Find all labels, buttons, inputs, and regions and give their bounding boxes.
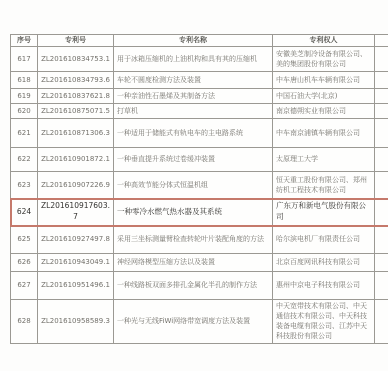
patent-number-cell: ZL201610951496.1 xyxy=(38,272,114,300)
serial-cell: 624 xyxy=(11,199,38,226)
patent-number-cell: ZL201610917603.7 xyxy=(38,199,114,226)
patent-title-cell: 打草机 xyxy=(114,104,273,119)
serial-cell: 623 xyxy=(11,172,38,199)
patent-number-cell: ZL201610834793.6 xyxy=(38,72,114,89)
cutoff-cell xyxy=(375,272,388,300)
table-row: 628ZL201610958589.3一种光与无线FiWi网络带宽调度方法及装置… xyxy=(11,300,388,344)
patent-holder-cell: 安徽美芝制冷设备有限公司、美的集团股份有限公司 xyxy=(273,47,375,72)
patent-holder-cell: 广东万和新电气股份有限公司 xyxy=(273,199,375,226)
cutoff-cell xyxy=(375,300,388,344)
patent-holder-cell: 中国石油大学(北京) xyxy=(273,89,375,104)
table-row: 626ZL201610943049.1神经网络模型压缩方法以及装置北京百度网讯科… xyxy=(11,254,388,272)
cutoff-cell xyxy=(375,172,388,199)
patent-number-cell: ZL201610943049.1 xyxy=(38,254,114,272)
table-row: 625ZL201610927497.8采用三坐标测量臂检查转轮叶片装配角度的方法… xyxy=(11,226,388,254)
patent-table: 序号 专利号 专利名称 专利权人 617ZL201610834753.1用于冰箱… xyxy=(10,34,388,344)
table-body: 617ZL201610834753.1用于冰箱压缩机的上油机构和具有其的压缩机安… xyxy=(11,47,388,344)
table-row: 627ZL201610951496.1一种线路板双面多排孔金属化半孔的制作方法惠… xyxy=(11,272,388,300)
patent-holder-cell: 中车南京浦镇车辆有限公司 xyxy=(273,119,375,148)
cutoff-cell xyxy=(375,254,388,272)
table-row: 620ZL201610875071.5打草机南京德朔实业有限公司 xyxy=(11,104,388,119)
patent-title-cell: 用于冰箱压缩机的上油机构和具有其的压缩机 xyxy=(114,47,273,72)
patent-title-cell: 神经网络模型压缩方法以及装置 xyxy=(114,254,273,272)
serial-cell: 627 xyxy=(11,272,38,300)
patent-number-cell: ZL201610958589.3 xyxy=(38,300,114,344)
cutoff-cell xyxy=(375,104,388,119)
serial-cell: 626 xyxy=(11,254,38,272)
highlighted-table-row: 624ZL201610917603.7一种零冷水燃气热水器及其系统广东万和新电气… xyxy=(11,199,388,226)
patent-holder-cell: 恒天重工股份有限公司、郑州纺机工程技术有限公司 xyxy=(273,172,375,199)
table-row: 618ZL201610834793.6车轮不圆度检测方法及装置中车唐山机车车辆有… xyxy=(11,72,388,89)
patent-holder-cell: 惠州中京电子科技有限公司 xyxy=(273,272,375,300)
patent-title-cell: 一种零冷水燃气热水器及其系统 xyxy=(114,199,273,226)
patent-number-cell: ZL201610907226.9 xyxy=(38,172,114,199)
scanned-patent-list-page: 序号 专利号 专利名称 专利权人 617ZL201610834753.1用于冰箱… xyxy=(0,0,388,371)
serial-cell: 622 xyxy=(11,148,38,172)
serial-cell: 619 xyxy=(11,89,38,104)
patent-holder-cell: 太原理工大学 xyxy=(273,148,375,172)
table-row: 623ZL201610907226.9一种高效节能分体式恒温机组恒天重工股份有限… xyxy=(11,172,388,199)
patent-title-cell: 一种高效节能分体式恒温机组 xyxy=(114,172,273,199)
patent-holder-cell: 中天宽带技术有限公司、中天通信技术有限公司、中天科技装备电缆有限公司、江苏中天科… xyxy=(273,300,375,344)
table-row: 619ZL201610837621.8一种亲油性石墨烯及其制备方法中国石油大学(… xyxy=(11,89,388,104)
header-patent-title: 专利名称 xyxy=(114,35,273,47)
serial-cell: 618 xyxy=(11,72,38,89)
patent-title-cell: 一种亲油性石墨烯及其制备方法 xyxy=(114,89,273,104)
patent-holder-cell: 南京德朔实业有限公司 xyxy=(273,104,375,119)
patent-title-cell: 采用三坐标测量臂检查转轮叶片装配角度的方法 xyxy=(114,226,273,254)
patent-title-cell: 一种光与无线FiWi网络带宽调度方法及装置 xyxy=(114,300,273,344)
patent-number-cell: ZL201610837621.8 xyxy=(38,89,114,104)
serial-cell: 621 xyxy=(11,119,38,148)
table-row: 621ZL201610871306.3一种适用于储能式有轨电车的主电路系统中车南… xyxy=(11,119,388,148)
serial-cell: 617 xyxy=(11,47,38,72)
patent-title-cell: 一种适用于储能式有轨电车的主电路系统 xyxy=(114,119,273,148)
patent-title-cell: 一种线路板双面多排孔金属化半孔的制作方法 xyxy=(114,272,273,300)
table-row: 617ZL201610834753.1用于冰箱压缩机的上油机构和具有其的压缩机安… xyxy=(11,47,388,72)
patent-holder-cell: 北京百度网讯科技有限公司 xyxy=(273,254,375,272)
header-serial: 序号 xyxy=(11,35,38,47)
patent-holder-cell: 哈尔滨电机厂有限责任公司 xyxy=(273,226,375,254)
patent-number-cell: ZL201610875071.5 xyxy=(38,104,114,119)
patent-number-cell: ZL201610901872.1 xyxy=(38,148,114,172)
patent-holder-cell: 中车唐山机车车辆有限公司 xyxy=(273,72,375,89)
patent-number-cell: ZL201610834753.1 xyxy=(38,47,114,72)
header-patent-number: 专利号 xyxy=(38,35,114,47)
serial-cell: 625 xyxy=(11,226,38,254)
patent-number-cell: ZL201610871306.3 xyxy=(38,119,114,148)
cutoff-cell xyxy=(375,72,388,89)
cutoff-cell xyxy=(375,47,388,72)
cutoff-cell xyxy=(375,148,388,172)
header-patent-holder: 专利权人 xyxy=(273,35,375,47)
cutoff-cell xyxy=(375,226,388,254)
table-row: 622ZL201610901872.1一种垂直提升系统过卷缓冲装置太原理工大学 xyxy=(11,148,388,172)
cutoff-cell xyxy=(375,89,388,104)
cutoff-cell xyxy=(375,199,388,226)
patent-number-cell: ZL201610927497.8 xyxy=(38,226,114,254)
patent-title-cell: 车轮不圆度检测方法及装置 xyxy=(114,72,273,89)
serial-cell: 620 xyxy=(11,104,38,119)
patent-title-cell: 一种垂直提升系统过卷缓冲装置 xyxy=(114,148,273,172)
serial-cell: 628 xyxy=(11,300,38,344)
table-header-row: 序号 专利号 专利名称 专利权人 xyxy=(11,35,388,47)
cutoff-cell xyxy=(375,119,388,148)
header-cutoff-column xyxy=(375,35,388,47)
